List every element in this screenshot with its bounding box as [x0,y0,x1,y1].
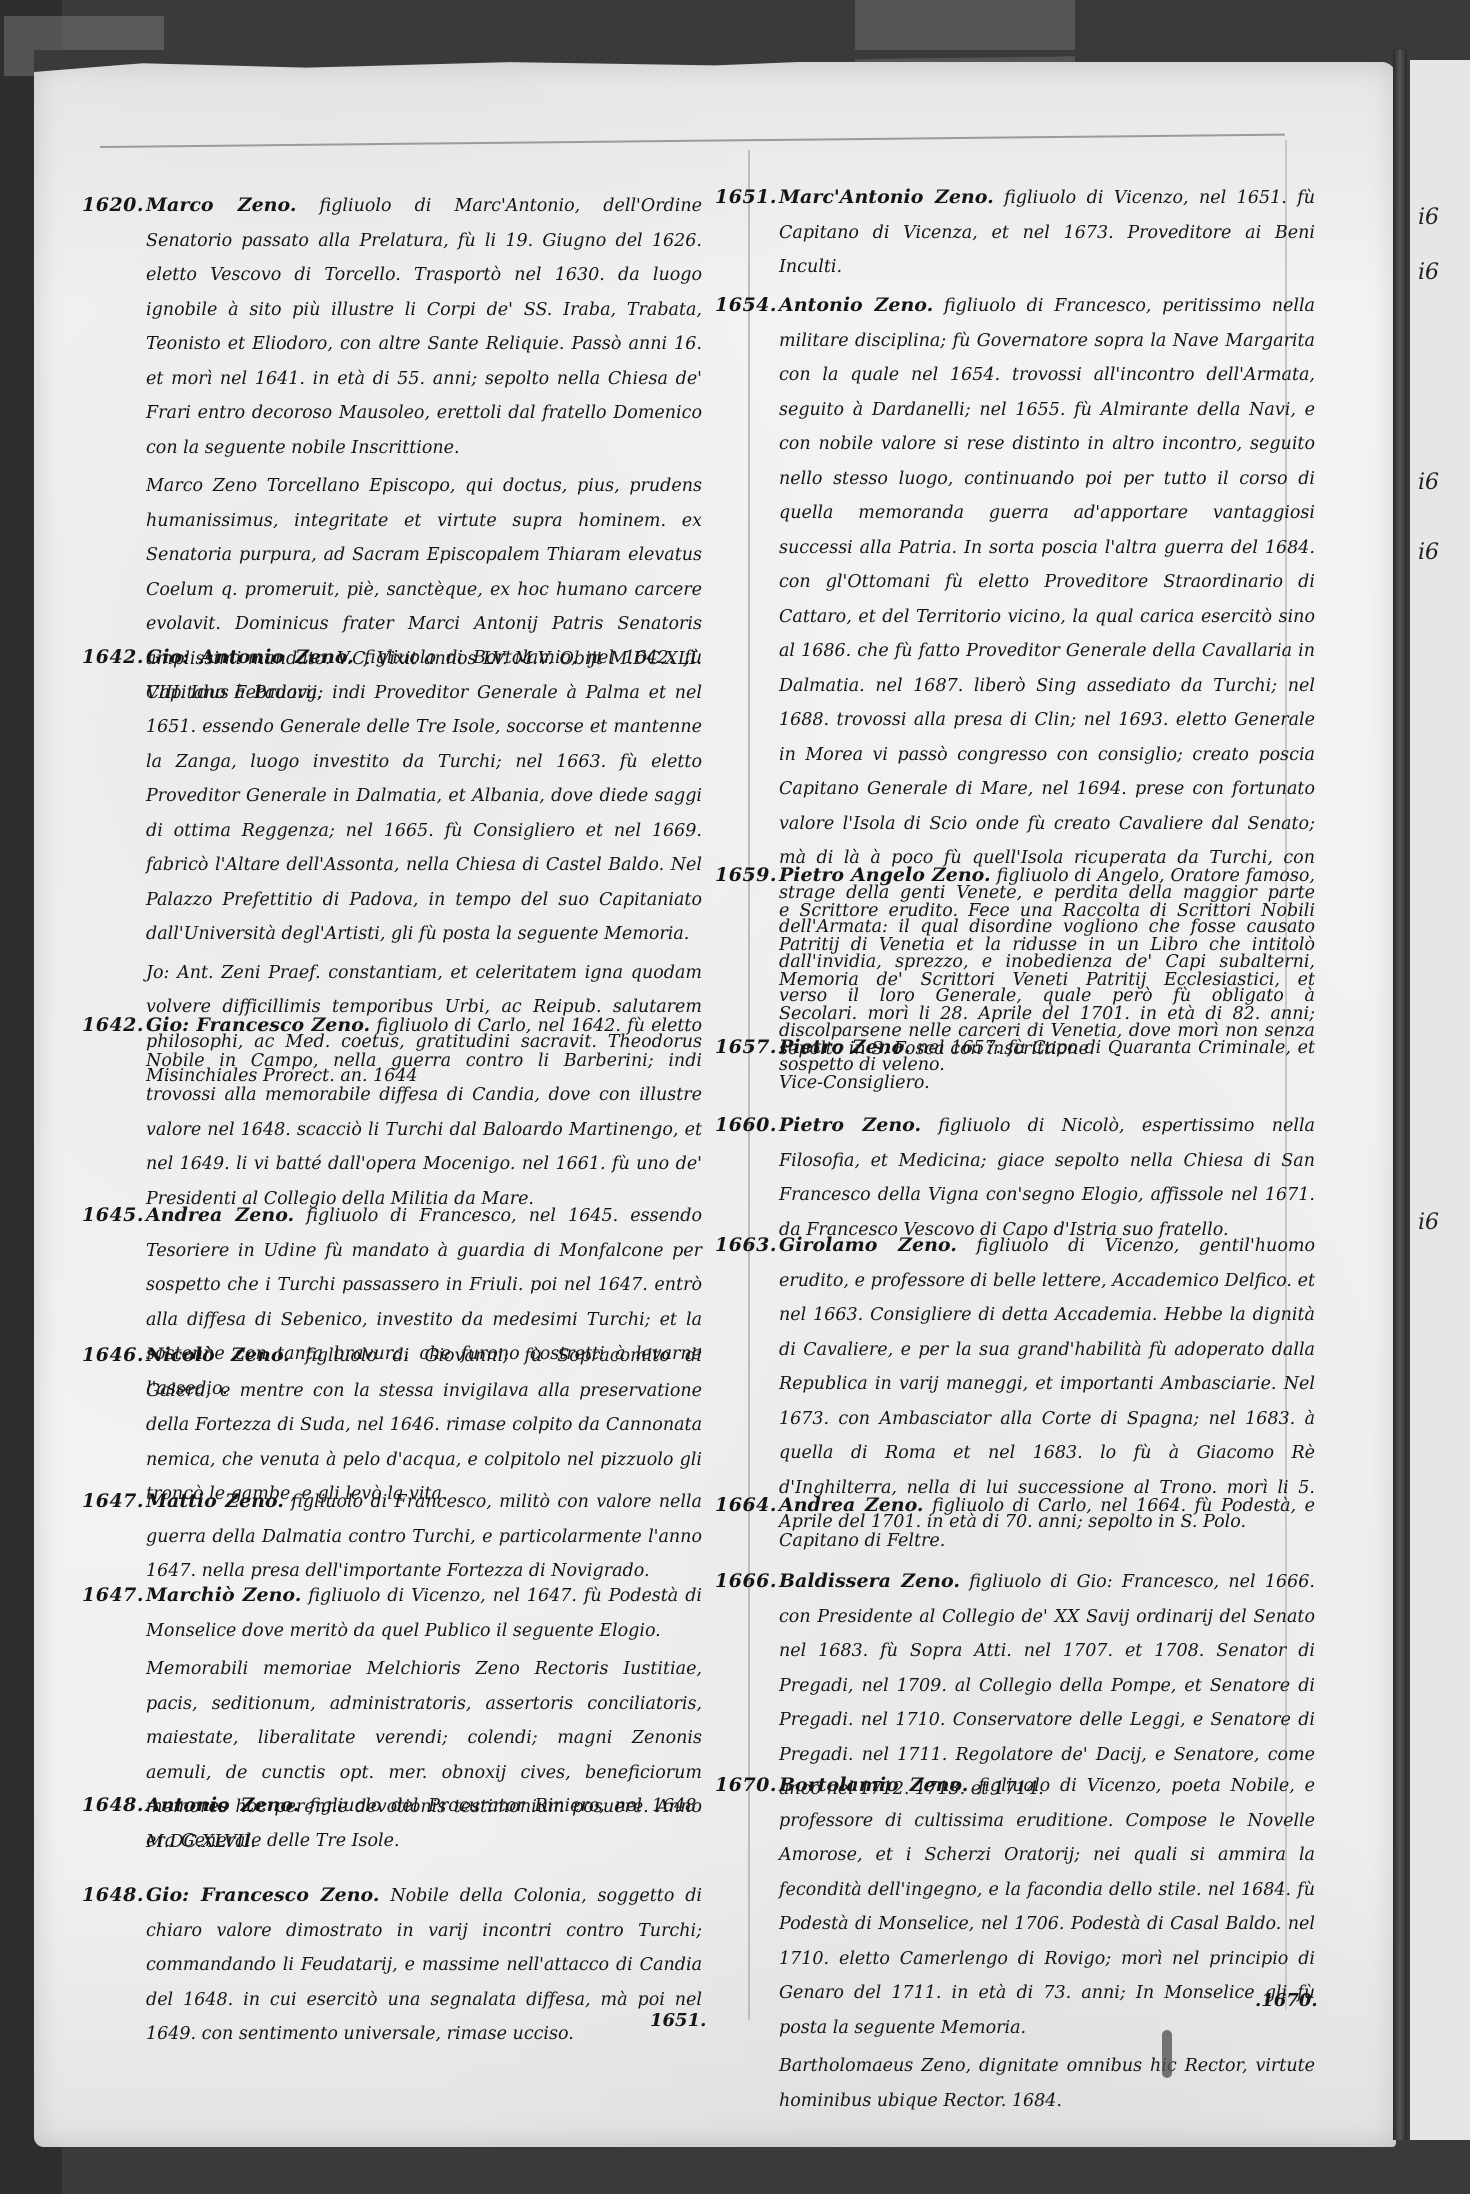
entry-inscription: Bartholomaeus Zeno, dignitate omnibus hi… [779,2049,1315,2118]
entry-1642-gio-francesco-zeno: 1642. Gio: Francesco Zeno. figliuolo di … [82,1008,702,1216]
entry-name: Marco Zeno. [146,194,296,216]
entry-year: 1645. [82,1198,144,1233]
entry-1664-andrea-zeno: 1664. Andrea Zeno. figliuolo di Carlo, n… [715,1488,1315,1558]
entry-name: Gio: Antonio Zeno. [146,646,354,668]
entry-year: 1660. [715,1108,777,1143]
adjacent-page-fragment: i6 [1418,470,1439,495]
entry-text: figliuolo di Bortolamio, nel 1642. fù Ca… [146,648,702,944]
entry-year: 1657. [715,1030,777,1065]
book-binding-gutter [1393,50,1407,2140]
entry-name: Antonio Zeno. [779,294,933,316]
adjacent-page-fragment: i6 [1418,540,1439,565]
adjacent-page-edge: i6 i6 i6 i6 i6 [1410,60,1470,2140]
entry-name: Girolamo Zeno. [779,1234,957,1256]
entry-1620-marco-zeno: 1620. Marco Zeno. figliuolo di Marc'Anto… [82,188,702,711]
entry-1648-gio-francesco-zeno: 1648. Gio: Francesco Zeno. Nobile della … [82,1878,702,2052]
entry-1648-antonio-zeno: 1648. Antonio Zeno. figliuolo del Procur… [82,1788,702,1858]
entry-name: Andrea Zeno. [779,1494,924,1516]
entry-name: Nicolò Zeno. [146,1344,290,1366]
entry-name: Pietro Zeno. [779,1114,921,1136]
entry-text: figliuolo di Vicenzo, poeta Nobile, e pr… [779,1776,1315,2038]
adjacent-page-fragment: i6 [1418,260,1439,285]
entry-1660-pietro-zeno: 1660. Pietro Zeno. figliuolo di Nicolò, … [715,1108,1315,1247]
entry-name: Bortolamio Zeno. [779,1774,968,1796]
entry-year: 1648. [82,1878,144,1913]
entry-year: 1651. [715,180,777,215]
entry-year: 1647. [82,1484,144,1519]
entry-year: 1659. [715,858,777,893]
adjacent-page-fragment: i6 [1418,1210,1439,1235]
entry-text: figliuolo di Carlo, nel 1642. fù eletto … [146,1016,702,1209]
entry-name: Gio: Francesco Zeno. [146,1884,380,1906]
right-column-catchword: .1670. [1255,1990,1318,2011]
entry-year: 1642. [82,1008,144,1043]
entry-year: 1664. [715,1488,777,1523]
entry-year: 1666. [715,1564,777,1599]
left-column-catchword: 1651. [650,2010,706,2031]
entry-name: Pietro Zeno. [779,1036,911,1058]
entry-year: 1646. [82,1338,144,1373]
entry-text: figliuolo di Gio: Francesco, nel 1666. c… [779,1572,1315,1799]
ink-stain [1162,2030,1172,2078]
entry-text: figliuolo di Marc'Antonio, dell'Ordine S… [146,196,702,458]
entry-name: Marc'Antonio Zeno. [779,186,994,208]
entry-1657-pietro-zeno: 1657. Pietro Zeno. nel 1657. fù Capo di … [715,1030,1315,1100]
adjacent-page-fragment: i6 [1418,205,1439,230]
entry-year: 1620. [82,188,144,223]
entry-name: Marchiò Zeno. [146,1584,301,1606]
entry-name: Gio: Francesco Zeno. [146,1014,370,1036]
entry-year: 1642. [82,640,144,675]
entry-name: Pietro Angelo Zeno. [779,864,991,886]
entry-name: Andrea Zeno. [146,1204,294,1226]
entry-year: 1670. [715,1768,777,1803]
entry-text: figliuolo di Giovanni; fù Sopracomito di… [146,1346,702,1504]
entry-1670-bortolamio-zeno: 1670. Bortolamio Zeno. figliuolo di Vice… [715,1768,1315,2118]
entry-1647-mattio-zeno: 1647. Mattio Zeno. figliuolo di Francesc… [82,1484,702,1589]
entry-year: 1648. [82,1788,144,1823]
entry-year: 1654. [715,288,777,323]
entry-name: Antonio Zeno. [146,1794,299,1816]
entry-text: Nobile della Colonia, soggetto di chiaro… [146,1886,702,2044]
entry-name: Mattio Zeno. [146,1490,284,1512]
entry-year: 1647. [82,1578,144,1613]
entry-year: 1663. [715,1228,777,1263]
entry-1651-marc-antonio-zeno: 1651. Marc'Antonio Zeno. figliuolo di Vi… [715,180,1315,285]
entry-name: Baldissera Zeno. [779,1570,960,1592]
